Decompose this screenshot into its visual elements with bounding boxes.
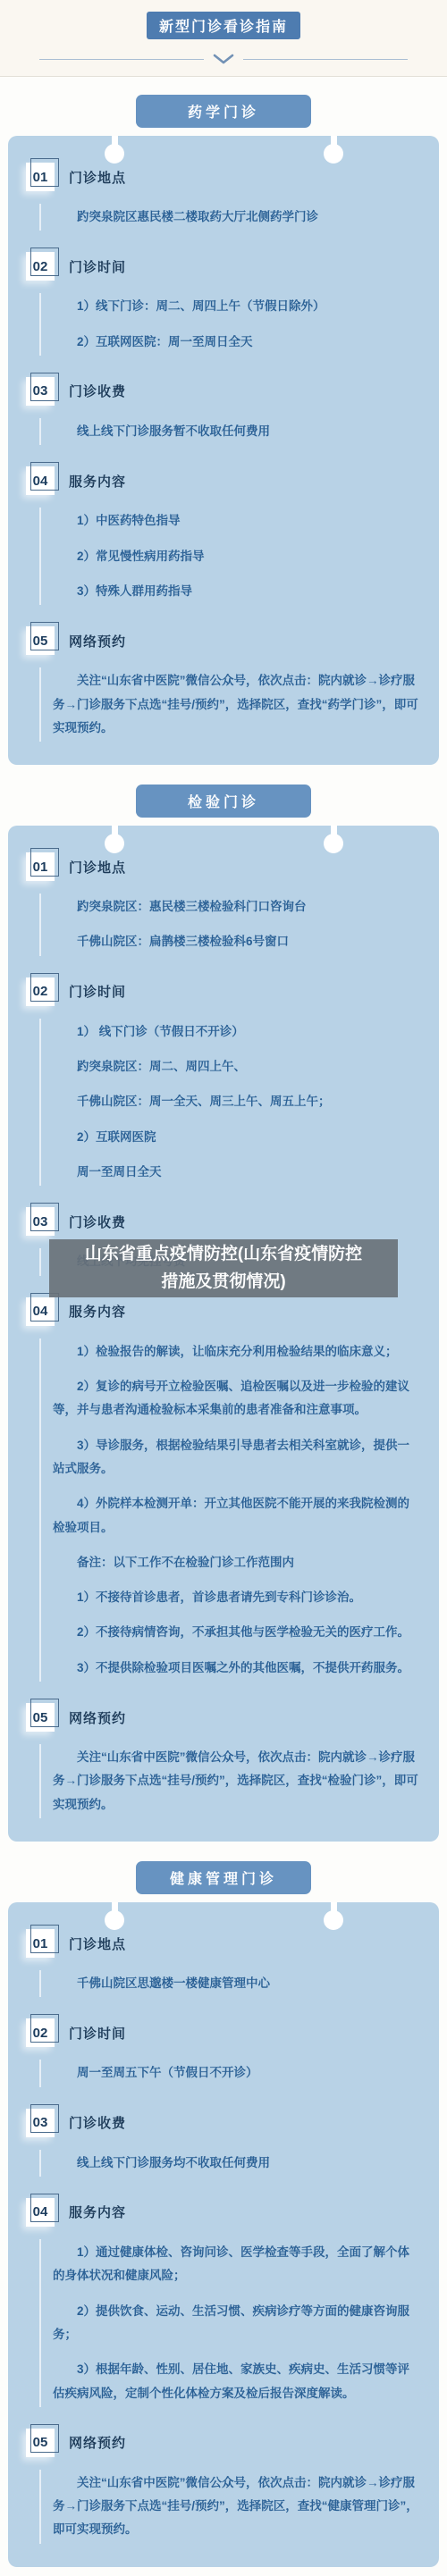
- item-booking: 05 网络预约 关注“山东省中医院”微信公众号，依次点击：院内就诊→诊疗服务→门…: [19, 2429, 428, 2544]
- item-paragraph: 4）外院样本检测开单：开立其他医院不能开展的来我院检测的检验项目。: [53, 1492, 419, 1540]
- item-number-badge: 03: [26, 1207, 55, 1236]
- item-number-badge: 03: [26, 2109, 55, 2137]
- item-paragraph: 1）不接待首诊患者，首诊患者请先到专科门诊诊治。: [53, 1586, 419, 1609]
- item-heading: 网络预约: [69, 2433, 126, 2452]
- item-services: 04 服务内容 1）通过健康体检、咨询问诊、医学检查等手段，全面了解个体的身体状…: [19, 2198, 428, 2407]
- item-number-badge: 01: [26, 1929, 55, 1958]
- item-paragraph: 趵突泉院区：惠民楼三楼检验科门口咨询台: [53, 895, 419, 919]
- item-heading: 服务内容: [69, 1302, 126, 1321]
- item-paragraph: 2）常见慢性病用药指导: [53, 545, 419, 568]
- item-paragraph: 2）复诊的病号开立检验医嘱、追检医嘱以及进一步检验的建议等，并与患者沟通检验标本…: [53, 1375, 419, 1422]
- item-hours: 02 门诊时间 周一至周五下午（节假日不开诊）: [19, 2018, 428, 2086]
- item-paragraph: 1） 线下门诊（节假日不开诊）: [53, 1020, 419, 1044]
- watermark-overlay: 山东省重点疫情防控(山东省疫情防控 措施及贯彻情况): [49, 1239, 398, 1297]
- item-paragraph: 2）提供饮食、运动、生活习惯、疾病诊疗等方面的健康咨询服务；: [53, 2300, 419, 2347]
- item-fees: 03 门诊收费 线上线下门诊服务暂不收取任何费用: [19, 377, 428, 445]
- section-title-pill: 检验门诊: [136, 785, 311, 818]
- item-number-badge: 01: [26, 163, 55, 191]
- item-paragraph: 关注“山东省中医院”微信公众号，依次点击：院内就诊→诊疗服务→门诊服务下点选“挂…: [53, 669, 419, 740]
- infographic-page: 新型门诊看诊指南 药学门诊 01 门诊地点 趵突泉院区惠民楼二楼取药大厅北侧药学…: [0, 0, 447, 2576]
- item-paragraph: 2）互联网医院: [53, 1126, 419, 1149]
- item-number-badge: 05: [26, 626, 55, 655]
- item-services: 04 服务内容 1）检验报告的解读，让临床充分利用检验结果的临床意义； 2）复诊…: [19, 1297, 428, 1682]
- item-number-badge: 02: [26, 978, 55, 1006]
- section-lab-clinic: 检验门诊 01 门诊地点 趵突泉院区：惠民楼三楼检验科门口咨询台 千佛山院区：扁…: [0, 765, 447, 1842]
- item-heading: 门诊地点: [69, 1934, 126, 1953]
- item-number-badge: 03: [26, 377, 55, 406]
- item-hours: 02 门诊时间 1）线下门诊：周二、周四上午（节假日除外） 2）互联网医院：周一…: [19, 252, 428, 356]
- section-pharmacy-clinic: 药学门诊 01 门诊地点 趵突泉院区惠民楼二楼取药大厅北侧药学门诊 02 门诊时…: [0, 77, 447, 765]
- item-hours: 02 门诊时间 1） 线下门诊（节假日不开诊） 趵突泉院区：周二、周四上午、 千…: [19, 978, 428, 1187]
- pin-icon: [105, 1902, 124, 1930]
- item-number-badge: 04: [26, 1297, 55, 1326]
- item-paragraph: 千佛山院区思邈楼一楼健康管理中心: [53, 1972, 419, 1995]
- item-fees: 03 门诊收费 线上线下均免挂号费 山东省重点疫情防控(山东省疫情防控 措施及贯…: [19, 1207, 428, 1275]
- item-location: 01 门诊地点 千佛山院区思邈楼一楼健康管理中心: [19, 1929, 428, 1997]
- item-heading: 服务内容: [69, 472, 126, 491]
- item-number-badge: 02: [26, 2018, 55, 2047]
- watermark-line: 措施及贯彻情况): [53, 1269, 394, 1296]
- item-location: 01 门诊地点 趵突泉院区：惠民楼三楼检验科门口咨询台 千佛山院区：扁鹊楼三楼检…: [19, 852, 428, 956]
- item-number-badge: 02: [26, 252, 55, 281]
- item-paragraph: 线上线下门诊服务均不收取任何费用: [53, 2152, 419, 2175]
- item-heading: 门诊收费: [69, 1212, 126, 1231]
- item-number-badge: 04: [26, 466, 55, 495]
- item-paragraph: 周一至周日全天: [53, 1161, 419, 1184]
- chevron-down-icon: [212, 53, 235, 65]
- header-divider: [39, 53, 408, 65]
- item-number-badge: 01: [26, 852, 55, 881]
- item-heading: 门诊收费: [69, 382, 126, 400]
- pin-icon: [324, 136, 343, 164]
- pin-icon: [105, 826, 124, 853]
- item-heading: 服务内容: [69, 2203, 126, 2221]
- item-heading: 网络预约: [69, 632, 126, 650]
- item-heading: 门诊时间: [69, 982, 126, 1001]
- item-paragraph: 3）不提供除检验项目医嘱之外的其他医嘱，不提供开药服务。: [53, 1657, 419, 1680]
- item-paragraph: 趵突泉院区：周二、周四上午、: [53, 1055, 419, 1078]
- section-title-pill: 健康管理门诊: [136, 1861, 311, 1894]
- item-heading: 门诊收费: [69, 2113, 126, 2132]
- section-title-pill: 药学门诊: [136, 95, 311, 128]
- pin-icon: [324, 1902, 343, 1930]
- info-card: 01 门诊地点 千佛山院区思邈楼一楼健康管理中心 02 门诊时间 周一至周五下午…: [8, 1902, 439, 2567]
- info-card: 01 门诊地点 趵突泉院区惠民楼二楼取药大厅北侧药学门诊 02 门诊时间 1）线…: [8, 136, 439, 765]
- item-booking: 05 网络预约 关注“山东省中医院”微信公众号，依次点击：院内就诊→诊疗服务→门…: [19, 626, 428, 742]
- item-paragraph: 2）互联网医院：周一至周日全天: [53, 331, 419, 354]
- item-services: 04 服务内容 1）中医药特色指导 2）常见慢性病用药指导 3）特殊人群用药指导: [19, 466, 428, 605]
- pin-icon: [324, 826, 343, 853]
- item-paragraph: 备注：以下工作不在检验门诊工作范围内: [53, 1551, 419, 1574]
- divider-line: [243, 59, 408, 60]
- item-paragraph: 1）中医药特色指导: [53, 509, 419, 533]
- section-health-management-clinic: 健康管理门诊 01 门诊地点 千佛山院区思邈楼一楼健康管理中心 02 门诊时间: [0, 1842, 447, 2567]
- item-paragraph: 关注“山东省中医院”微信公众号，依次点击：院内就诊→诊疗服务→门诊服务下点选“挂…: [53, 1746, 419, 1817]
- item-location: 01 门诊地点 趵突泉院区惠民楼二楼取药大厅北侧药学门诊: [19, 163, 428, 231]
- item-paragraph: 千佛山院区：周一全天、周三上午、周五上午；: [53, 1090, 419, 1113]
- item-paragraph: 3）导诊服务，根据检验结果引导患者去相关科室就诊，提供一站式服务。: [53, 1434, 419, 1481]
- item-paragraph: 周一至周五下午（节假日不开诊）: [53, 2061, 419, 2085]
- divider-line: [39, 59, 204, 60]
- item-paragraph: 3）根据年龄、性别、居住地、家族史、疾病史、生活习惯等评估疾病风险，定制个性化体…: [53, 2358, 419, 2405]
- info-card: 01 门诊地点 趵突泉院区：惠民楼三楼检验科门口咨询台 千佛山院区：扁鹊楼三楼检…: [8, 826, 439, 1842]
- pin-icon: [105, 136, 124, 164]
- item-paragraph: 1）线下门诊：周二、周四上午（节假日除外）: [53, 295, 419, 318]
- item-number-badge: 05: [26, 2429, 55, 2457]
- item-paragraph: 千佛山院区：扁鹊楼三楼检验科6号窗口: [53, 930, 419, 953]
- item-paragraph: 关注“山东省中医院”微信公众号，依次点击：院内就诊→诊疗服务→门诊服务下点选“挂…: [53, 2471, 419, 2542]
- item-number-badge: 04: [26, 2198, 55, 2227]
- page-title: 新型门诊看诊指南: [147, 12, 300, 39]
- item-paragraph: 线上线下门诊服务暂不收取任何费用: [53, 420, 419, 443]
- item-heading: 门诊时间: [69, 257, 126, 276]
- item-booking: 05 网络预约 关注“山东省中医院”微信公众号，依次点击：院内就诊→诊疗服务→门…: [19, 1703, 428, 1818]
- item-heading: 门诊地点: [69, 168, 126, 187]
- item-paragraph: 3）特殊人群用药指导: [53, 580, 419, 603]
- bottom-margin: [0, 2567, 447, 2576]
- watermark-line: 山东省重点疫情防控(山东省疫情防控: [53, 1241, 394, 1268]
- page-header: 新型门诊看诊指南: [0, 0, 447, 77]
- item-number-badge: 05: [26, 1703, 55, 1732]
- item-paragraph: 趵突泉院区惠民楼二楼取药大厅北侧药学门诊: [53, 206, 419, 229]
- item-paragraph: 1）通过健康体检、咨询问诊、医学检查等手段，全面了解个体的身体状况和健康风险；: [53, 2241, 419, 2288]
- item-heading: 门诊时间: [69, 2024, 126, 2043]
- item-paragraph: 1）检验报告的解读，让临床充分利用检验结果的临床意义；: [53, 1340, 419, 1364]
- item-fees: 03 门诊收费 线上线下门诊服务均不收取任何费用: [19, 2109, 428, 2177]
- item-paragraph: 2）不接待病情咨询，不承担其他与医学检验无关的医疗工作。: [53, 1621, 419, 1644]
- item-heading: 门诊地点: [69, 858, 126, 877]
- item-heading: 网络预约: [69, 1708, 126, 1727]
